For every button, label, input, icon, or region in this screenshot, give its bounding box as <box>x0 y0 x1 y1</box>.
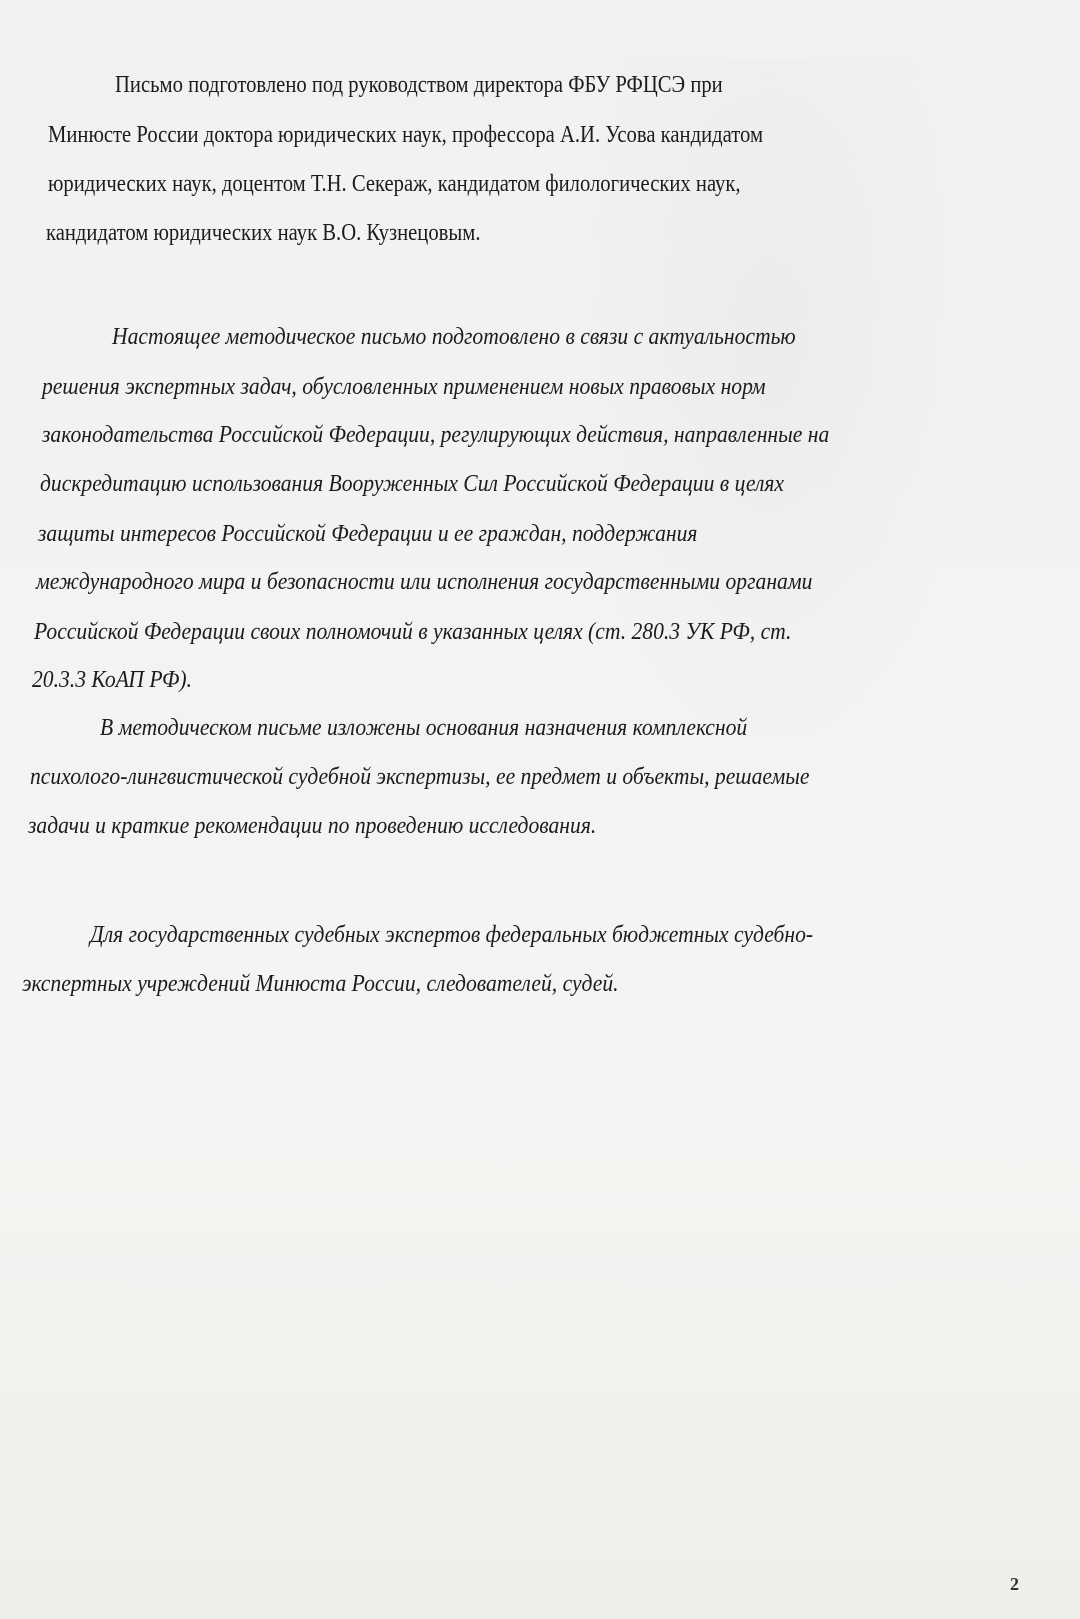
text-line: Минюсте России доктора юридических наук,… <box>48 120 1003 150</box>
text-line: Российской Федерации своих полномочий в … <box>34 617 791 647</box>
text-line: Письмо подготовлено под руководством дир… <box>115 70 1008 100</box>
text-line: законодательства Российской Федерации, р… <box>42 420 829 450</box>
text-line: кандидатом юридических наук В.О. Кузнецо… <box>46 218 481 248</box>
page-number: 2 <box>1010 1574 1019 1595</box>
text-line: юридических наук, доцентом Т.Н. Секераж,… <box>48 169 1003 199</box>
text-line: защиты интересов Российской Федерации и … <box>38 519 697 549</box>
text-line: международного мира и безопасности или и… <box>36 567 812 597</box>
text-line: Для государственных судебных экспертов ф… <box>90 920 813 950</box>
text-line: экспертных учреждений Минюста России, сл… <box>22 969 619 999</box>
document-page: Письмо подготовлено под руководством дир… <box>0 0 1080 1619</box>
text-line: дискредитацию использования Вооруженных … <box>40 469 784 499</box>
text-line: решения экспертных задач, обусловленных … <box>42 372 766 402</box>
show-through-shadow <box>560 60 980 760</box>
text-line: 20.3.3 КоАП РФ). <box>32 665 192 695</box>
text-line: В методическом письме изложены основания… <box>100 713 747 743</box>
text-line: Настоящее методическое письмо подготовле… <box>112 322 796 352</box>
text-line: психолого-лингвистической судебной экспе… <box>30 762 809 792</box>
text-line: задачи и краткие рекомендации по проведе… <box>28 811 596 841</box>
